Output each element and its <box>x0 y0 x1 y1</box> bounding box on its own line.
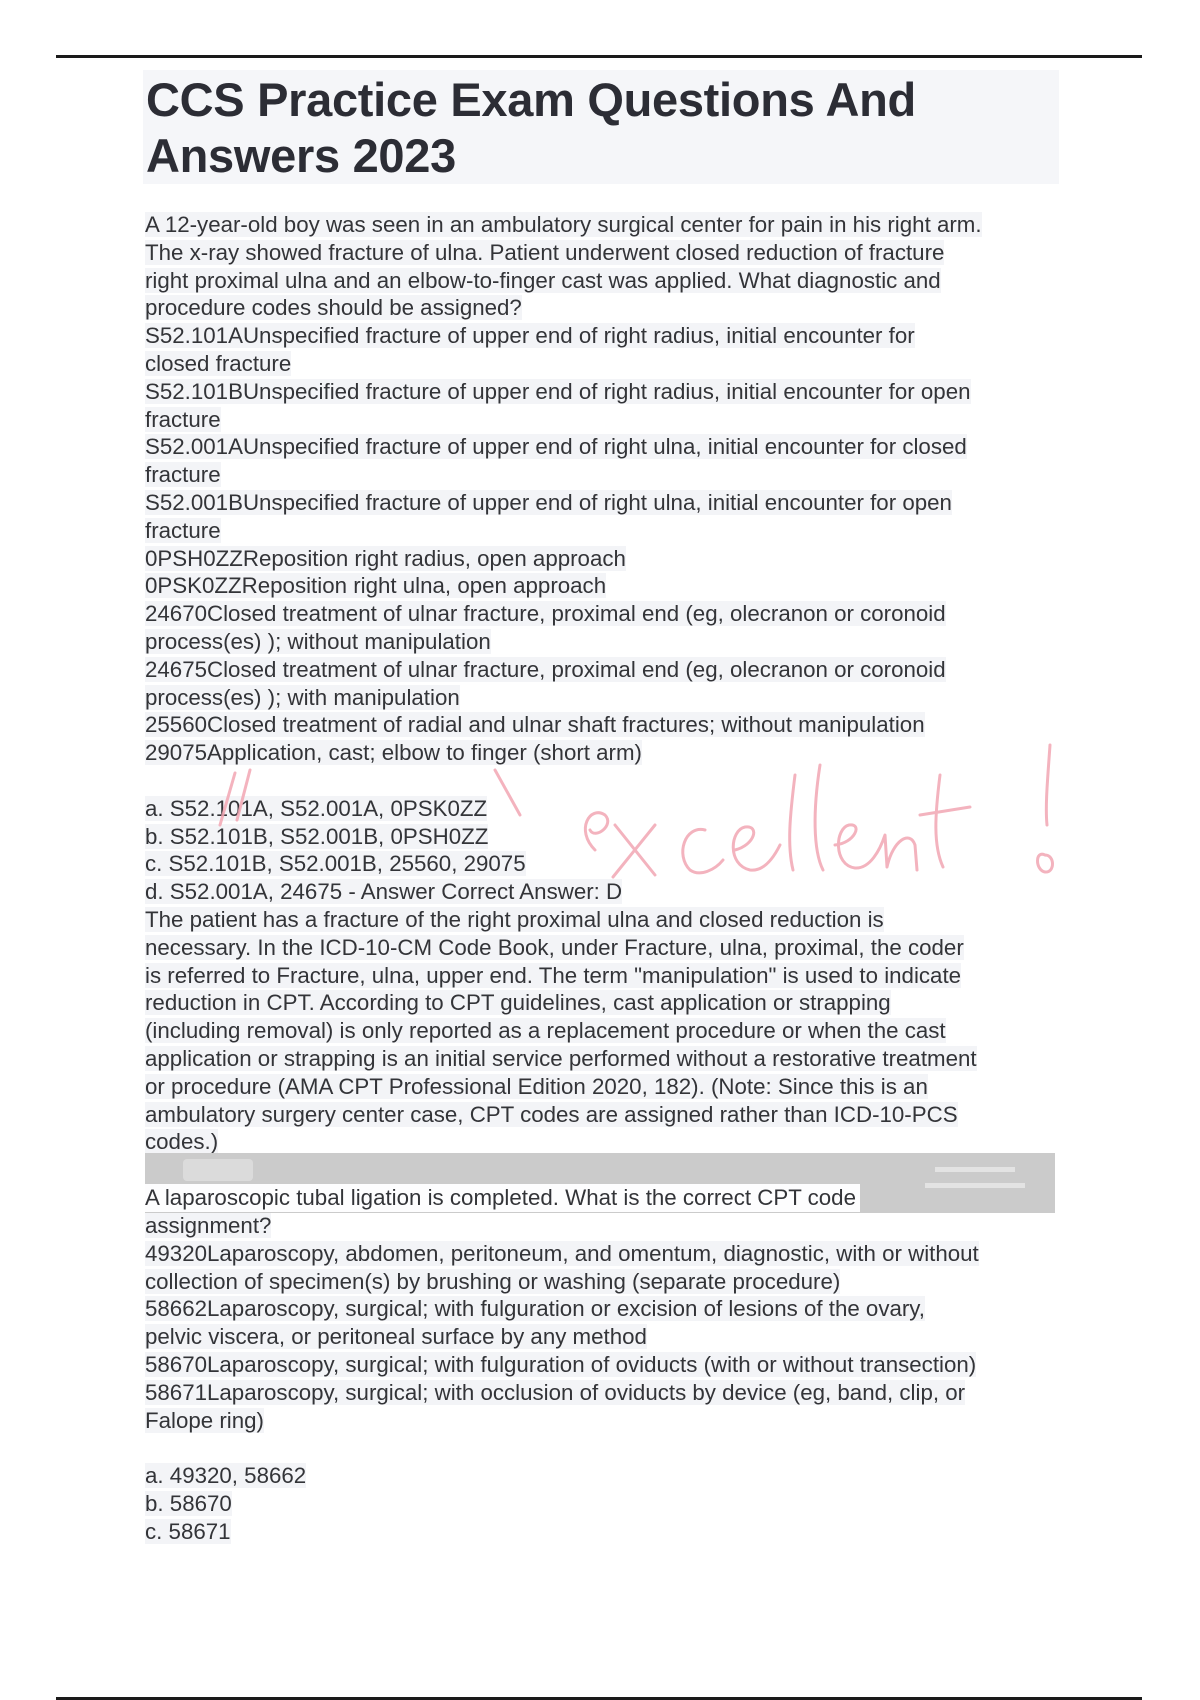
watermark-logo-icon <box>183 1159 253 1181</box>
explanation-line: reduction in CPT. According to CPT guide… <box>145 990 891 1015</box>
spacer <box>145 1434 1065 1462</box>
code-line: S52.001AUnspecified fracture of upper en… <box>145 434 967 459</box>
option-d-answer: d. S52.001A, 24675 - Answer Correct Answ… <box>145 879 622 904</box>
code-line: process(es) ); without manipulation <box>145 629 491 654</box>
code-line: S52.101AUnspecified fracture of upper en… <box>145 323 915 348</box>
title-line-1: CCS Practice Exam Questions And <box>146 72 916 128</box>
code-line: 58671Laparoscopy, surgical; with occlusi… <box>145 1380 965 1405</box>
code-line: 49320Laparoscopy, abdomen, peritoneum, a… <box>145 1241 979 1266</box>
code-line: closed fracture <box>145 351 291 376</box>
watermark-text-mark <box>925 1183 1025 1188</box>
question-2-stem: assignment? <box>145 1212 1065 1240</box>
option-b: b. S52.101B, S52.001B, 0PSH0ZZ <box>145 824 488 849</box>
code-line: Falope ring) <box>145 1408 264 1433</box>
stem-line: right proximal ulna and an elbow-to-fing… <box>145 268 941 293</box>
code-line: 58662Laparoscopy, surgical; with fulgura… <box>145 1296 925 1321</box>
code-line: 24670Closed treatment of ulnar fracture,… <box>145 601 946 626</box>
code-line: fracture <box>145 518 221 543</box>
title-line-2: Answers 2023 <box>146 128 916 184</box>
option-c: c. S52.101B, S52.001B, 25560, 29075 <box>145 851 526 876</box>
stem-line: The x-ray showed fracture of ulna. Patie… <box>145 240 944 265</box>
stem-line: A 12-year-old boy was seen in an ambulat… <box>145 212 982 237</box>
question-1-options: a. S52.101A, S52.001A, 0PSK0ZZ b. S52.10… <box>145 795 1065 906</box>
code-line: S52.001BUnspecified fracture of upper en… <box>145 490 952 515</box>
question-2-stem-first-line: A laparoscopic tubal ligation is complet… <box>145 1184 860 1212</box>
explanation-line: application or strapping is an initial s… <box>145 1046 977 1071</box>
explanation-line: The patient has a fracture of the right … <box>145 907 884 932</box>
document-title: CCS Practice Exam Questions And Answers … <box>146 72 916 184</box>
explanation-line: ambulatory surgery center case, CPT code… <box>145 1102 958 1127</box>
question-1-explanation: The patient has a fracture of the right … <box>145 906 1065 1156</box>
watermark-text-mark <box>935 1167 1015 1172</box>
code-line: pelvic viscera, or peritoneal surface by… <box>145 1324 647 1349</box>
option-a: a. S52.101A, S52.001A, 0PSK0ZZ <box>145 796 487 821</box>
option-b: b. 58670 <box>145 1491 232 1516</box>
code-line: 0PSK0ZZReposition right ulna, open appro… <box>145 573 606 598</box>
question-1-code-list: S52.101AUnspecified fracture of upper en… <box>145 322 1065 767</box>
question-1-stem: A 12-year-old boy was seen in an ambulat… <box>145 211 1065 322</box>
question-2: assignment? 49320Laparoscopy, abdomen, p… <box>145 1212 1065 1546</box>
code-line: 25560Closed treatment of radial and ulna… <box>145 712 925 737</box>
code-line: process(es) ); with manipulation <box>145 685 460 710</box>
explanation-line: (including removal) is only reported as … <box>145 1018 946 1043</box>
code-line: fracture <box>145 462 221 487</box>
spacer <box>145 767 1065 795</box>
code-line: 0PSH0ZZReposition right radius, open app… <box>145 546 626 571</box>
stem-line: procedure codes should be assigned? <box>145 295 522 320</box>
option-a: a. 49320, 58662 <box>145 1463 306 1488</box>
explanation-line: is referred to Fracture, ulna, upper end… <box>145 963 961 988</box>
top-rule <box>56 55 1142 58</box>
explanation-line: necessary. In the ICD-10-CM Code Book, u… <box>145 935 964 960</box>
option-c: c. 58671 <box>145 1519 231 1544</box>
stem-line: assignment? <box>145 1213 271 1238</box>
question-1: A 12-year-old boy was seen in an ambulat… <box>145 211 1065 1156</box>
code-line: 24675Closed treatment of ulnar fracture,… <box>145 657 946 682</box>
code-line: 58670Laparoscopy, surgical; with fulgura… <box>145 1352 976 1377</box>
code-line: S52.101BUnspecified fracture of upper en… <box>145 379 971 404</box>
explanation-line: codes.) <box>145 1129 218 1154</box>
code-line: collection of specimen(s) by brushing or… <box>145 1269 840 1294</box>
explanation-line: or procedure (AMA CPT Professional Editi… <box>145 1074 928 1099</box>
question-2-code-list: 49320Laparoscopy, abdomen, peritoneum, a… <box>145 1240 1065 1435</box>
code-line: 29075Application, cast; elbow to finger … <box>145 740 642 765</box>
code-line: fracture <box>145 407 221 432</box>
question-2-options: a. 49320, 58662 b. 58670 c. 58671 <box>145 1462 1065 1545</box>
